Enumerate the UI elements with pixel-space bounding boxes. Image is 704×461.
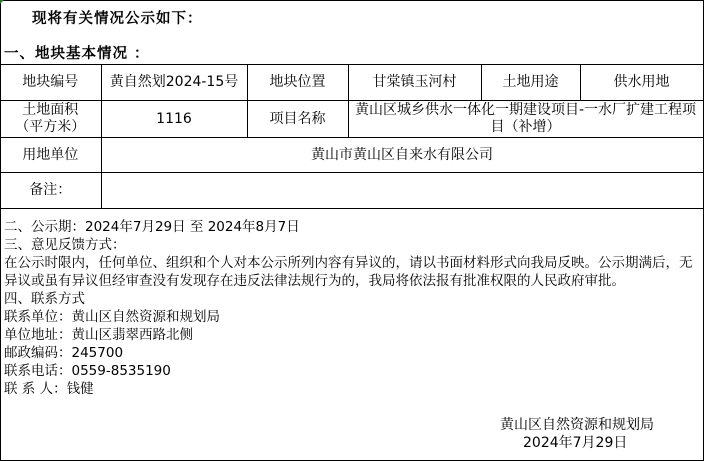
contact-title: 四、联系方式 <box>4 290 700 308</box>
project-name-value: 黄山区城乡供水一体化一期建设项目-一水厂扩建工程项目（补增） <box>348 101 703 138</box>
project-name-label: 项目名称 <box>247 101 348 138</box>
land-use-value: 供水用地 <box>580 65 703 101</box>
corner-marker <box>0 0 4 4</box>
contact-person: 联 系 人：钱健 <box>4 380 700 398</box>
signature-date: 2024年7月29日 <box>500 434 654 452</box>
remark-value <box>101 173 703 209</box>
signature-org: 黄山区自然资源和规划局 <box>500 416 654 434</box>
plot-location-label: 地块位置 <box>247 65 348 101</box>
contact-phone: 联系电话：0559-8535190 <box>4 362 700 380</box>
contact-unit: 联系单位：黄山区自然资源和规划局 <box>4 308 700 326</box>
contact-address: 单位地址：黄山区翡翠西路北侧 <box>4 326 700 344</box>
plot-number-value: 黄自然划2024-15号 <box>101 65 247 101</box>
plot-location-value: 甘棠镇玉河村 <box>348 65 481 101</box>
section-basic-info-title: 一、地块基本情况 ： <box>4 42 150 63</box>
table-row: 土地面积 （平方米） 1116 项目名称 黄山区城乡供水一体化一期建设项目-一水… <box>0 101 703 138</box>
feedback-body: 在公示时限内，任何单位、组织和个人对本公示所列内容有异议的，请以书面材料形式向我… <box>4 254 700 290</box>
contact-postcode: 邮政编码：245700 <box>4 344 700 362</box>
table-row: 地块编号 黄自然划2024-15号 地块位置 甘棠镇玉河村 土地用途 供水用地 <box>0 65 703 101</box>
plot-number-label: 地块编号 <box>0 65 101 101</box>
land-user-label: 用地单位 <box>0 138 101 173</box>
notice-body: 二、公示期：2024年7月29日 至 2024年8月7日 三、意见反馈方式： 在… <box>4 218 700 398</box>
land-user-value: 黄山市黄山区自来水有限公司 <box>101 138 703 173</box>
publicity-period: 二、公示期：2024年7月29日 至 2024年8月7日 <box>4 218 700 236</box>
feedback-title: 三、意见反馈方式： <box>4 236 700 254</box>
intro-heading: 现将有关情况公示如下： <box>32 7 203 28</box>
table-row: 用地单位 黄山市黄山区自来水有限公司 <box>0 138 703 173</box>
table-row: 备注： <box>0 173 703 209</box>
signature-block: 黄山区自然资源和规划局 2024年7月29日 <box>500 416 654 452</box>
land-area-label: 土地面积 （平方米） <box>0 101 101 138</box>
land-area-value: 1116 <box>101 101 247 138</box>
remark-label: 备注： <box>0 173 101 209</box>
land-use-label: 土地用途 <box>481 65 580 101</box>
land-area-label-line2: （平方米） <box>2 119 99 136</box>
land-area-label-line1: 土地面积 <box>2 102 99 119</box>
plot-info-table: 地块编号 黄自然划2024-15号 地块位置 甘棠镇玉河村 土地用途 供水用地 … <box>0 64 704 209</box>
